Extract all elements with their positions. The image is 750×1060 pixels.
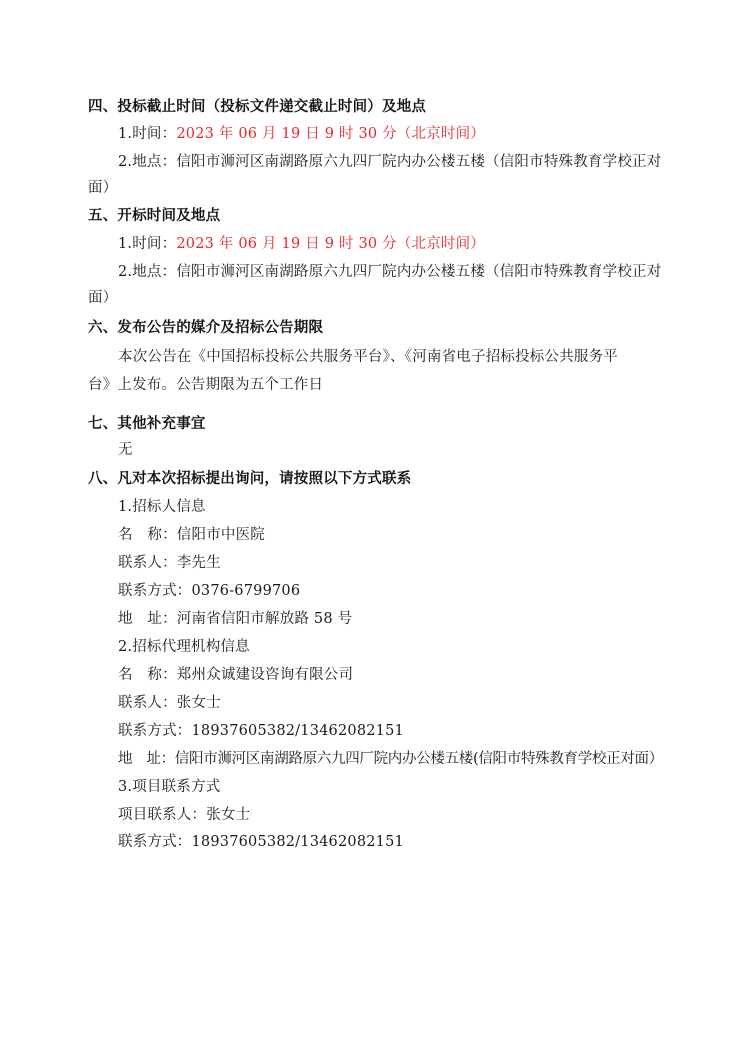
section5-place-line2: 面） <box>88 289 117 307</box>
tenderer-address: 地 址：河南省信阳市解放路 58 号 <box>118 610 352 628</box>
section7-body: 无 <box>118 441 133 459</box>
agency-name: 名 称：郑州众诚建设咨询有限公司 <box>118 666 353 684</box>
agency-address: 地 址：信阳市浉河区南湖路原六九四厂院内办公楼五楼(信阳市特殊教育学校正对面） <box>118 750 663 768</box>
section6-body-line1: 本次公告在《中国招标投标公共服务平台》、《河南省电子招标投标公共服务平 <box>118 348 618 366</box>
agency-title: 2.招标代理机构信息 <box>118 638 250 656</box>
section7-heading: 七、其他补充事宜 <box>88 415 206 433</box>
section6-heading: 六、发布公告的媒介及招标公告期限 <box>88 319 323 337</box>
section5-time: 1.时间：2023 年 06 月 19 日 9 时 30 分（北京时间） <box>118 235 485 253</box>
section5-place-line1: 2.地点：信阳市浉河区南湖路原六九四厂院内办公楼五楼（信阳市特殊教育学校正对 <box>118 263 661 281</box>
deadline-time-value: 2023 年 06 月 19 日 9 时 30 分（北京时间） <box>176 126 485 142</box>
opening-time-value: 2023 年 06 月 19 日 9 时 30 分（北京时间） <box>176 236 485 252</box>
time-label: 1.时间： <box>118 126 176 142</box>
time-label: 1.时间： <box>118 236 176 252</box>
agency-phone: 联系方式：18937605382/13462082151 <box>118 722 404 740</box>
section8-heading: 八、凡对本次招标提出询问，请按照以下方式联系 <box>88 470 411 488</box>
tenderer-name: 名 称：信阳市中医院 <box>118 526 265 544</box>
tenderer-phone: 联系方式：0376-6799706 <box>118 582 300 600</box>
section4-time: 1.时间：2023 年 06 月 19 日 9 时 30 分（北京时间） <box>118 125 485 143</box>
section4-heading: 四、投标截止时间（投标文件递交截止时间）及地点 <box>88 98 426 116</box>
document-page: 四、投标截止时间（投标文件递交截止时间）及地点 1.时间：2023 年 06 月… <box>0 0 750 1060</box>
section6-body-line2: 台》上发布。公告期限为五个工作日 <box>88 376 323 394</box>
tenderer-contact: 联系人：李先生 <box>118 554 221 572</box>
agency-contact: 联系人：张女士 <box>118 694 221 712</box>
section4-place-line2: 面） <box>88 179 117 197</box>
tenderer-title: 1.招标人信息 <box>118 498 206 516</box>
project-title: 3.项目联系方式 <box>118 778 220 796</box>
section4-place-line1: 2.地点：信阳市浉河区南湖路原六九四厂院内办公楼五楼（信阳市特殊教育学校正对 <box>118 153 661 171</box>
project-phone: 联系方式：18937605382/13462082151 <box>118 833 404 851</box>
project-contact: 项目联系人：张女士 <box>118 806 250 824</box>
section5-heading: 五、开标时间及地点 <box>88 207 220 225</box>
